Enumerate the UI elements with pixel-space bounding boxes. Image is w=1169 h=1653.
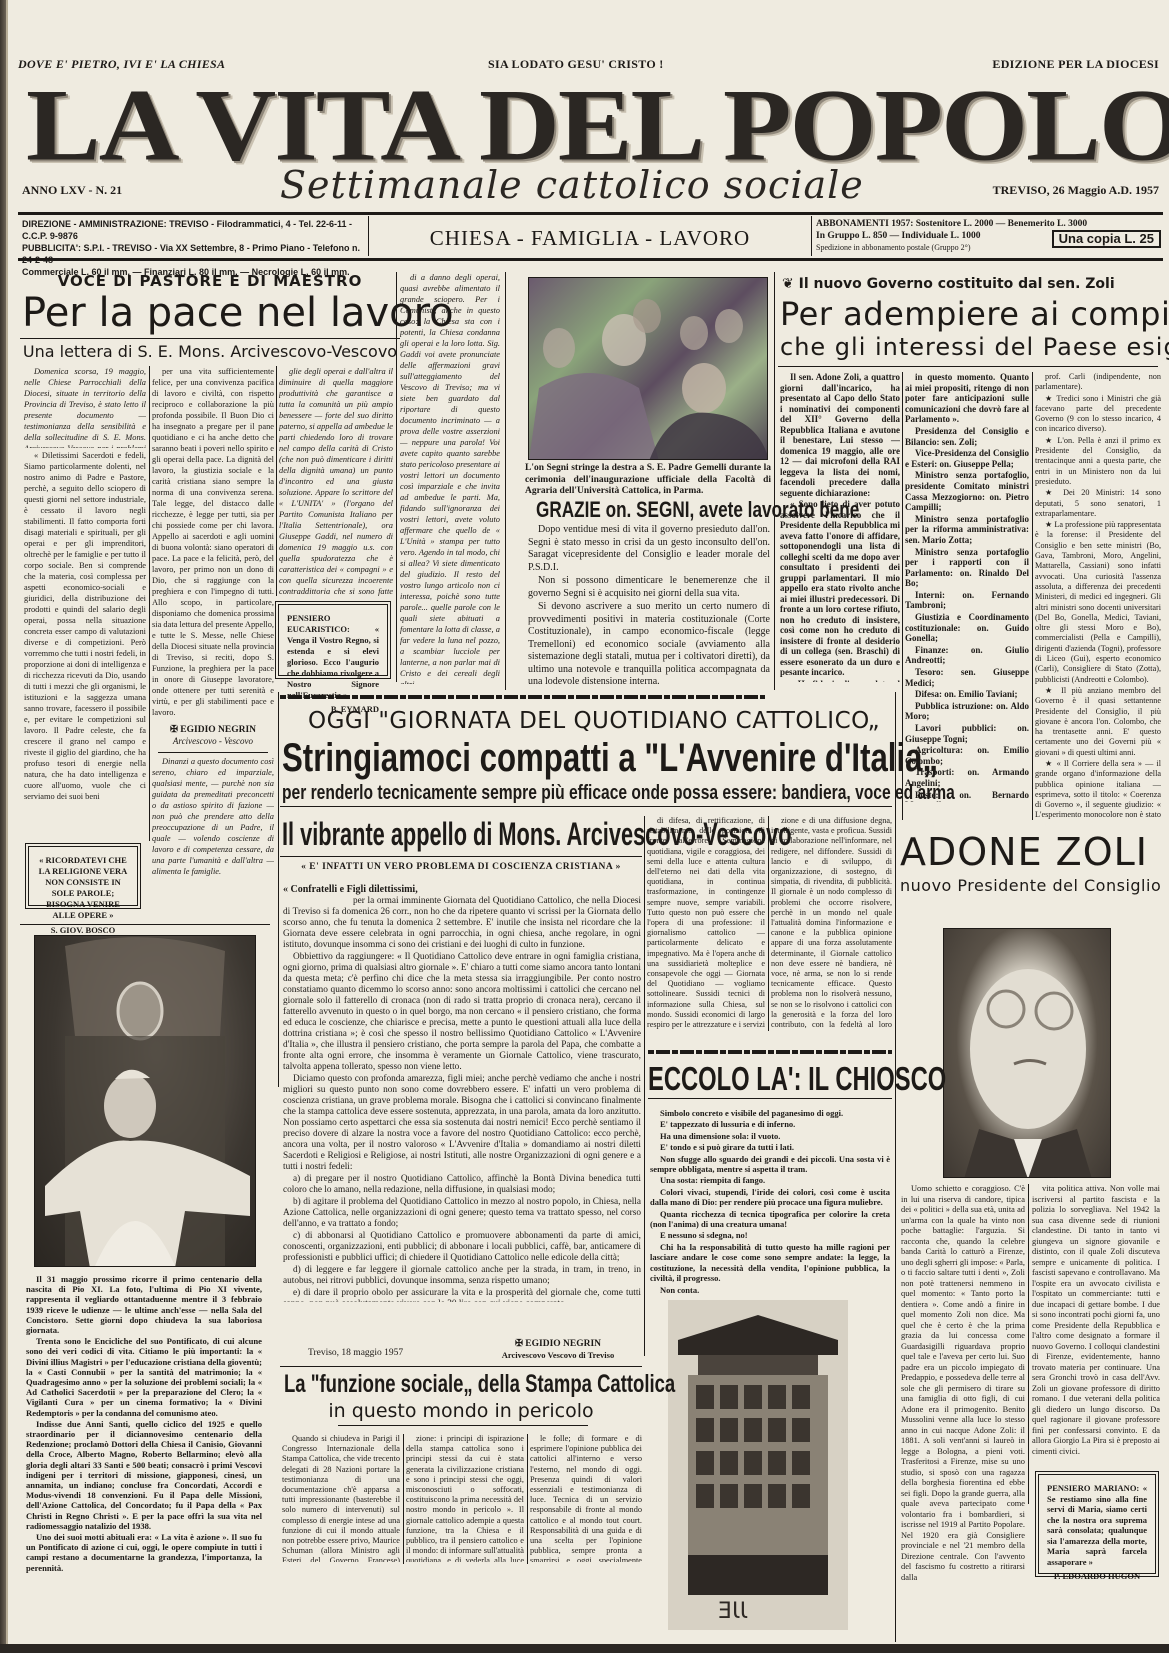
quotidiano-headline: Stringiamoci compatti a "L'Avvenire d'It… [282,736,890,781]
stampa-headline: La "funzione sociale„ della Stampa Catto… [284,1370,675,1399]
column-rule [396,272,397,682]
quote-text: « RICORDATEVI CHE LA RELIGIONE VERA NON … [37,855,129,921]
admin-info: DIREZIONE - AMMINISTRAZIONE: TREVISO - F… [22,218,362,278]
divider [811,216,812,256]
pastore-col4: di a danno degli operai, quasi avrebbe a… [400,272,500,684]
column-rule [505,272,506,690]
kiosk-illustration: ƎƖƖ [658,1300,858,1630]
governo-headline-2: che gli interessi del Paese esigono [780,333,1169,361]
subscription-info: ABBONAMENTI 1957: Sostenitore L. 2000 — … [816,218,1161,254]
masthead-rule-bottom [18,258,1163,261]
appeal-body: per la ormai imminente Giornata del Quot… [283,896,641,1302]
quotidiano-subhead: per renderlo tecnicamente sempre più eff… [282,782,898,805]
zoli-col2: vita politica attiva. Non volle mai iscr… [1032,1184,1160,1474]
portrait-face-icon [944,929,1111,1178]
issue-number: ANNO LXV - N. 21 [22,183,122,198]
chiosco-body: Simbolo concreto e visibile del paganesi… [650,1108,890,1298]
rule [338,1425,588,1426]
rule [778,366,1158,367]
quotidiano-right-col1: di difesa, di rettificazione, di ristabi… [647,816,765,1031]
column-rule [1028,1184,1029,1504]
column-rule [403,1434,404,1564]
dove-icon: ❦ [782,276,799,292]
zoli-col1: Uomo schietto e coraggioso. C'è in lui u… [901,1184,1025,1639]
subscription-line: In Gruppo L. 850 — Individuale L. 1000 [816,230,980,242]
quotidiano-kicker: OGGI "GIORNATA DEL QUOTIDIANO CATTOLICO„ [308,708,880,734]
subscription-line: Spedizione in abbonamento postale (Grupp… [816,242,980,254]
rule [280,856,642,857]
pastore-signature-title: Arcivescovo - Vescovo [152,736,274,746]
column-rule [774,272,775,690]
zoli-portrait-photo [943,928,1111,1178]
governo-kicker: ❦ Il nuovo Governo costituito dal sen. Z… [782,276,1115,292]
pio-xi-caption: Il 31 maggio prossimo ricorre il primo c… [26,1274,262,1639]
subscription-line: ABBONAMENTI 1957: Sostenitore L. 2000 — … [816,218,1161,230]
column-rule [276,366,277,596]
column-rule [527,1434,528,1564]
pastore-subhead: Una lettera di S. E. Mons. Arcivescovo-V… [20,342,400,361]
stampa-subhead: in questo mondo in pericolo [280,1400,642,1422]
appeal-place-date: Treviso, 18 maggio 1957 [308,1348,403,1358]
governo-col1: Il sen. Adone Zoli, a quattro giorni dal… [780,372,900,682]
governo-notes: prof. Carli (indipendente, non parlament… [1035,372,1161,820]
appeal-signature-title: Arcivescovo Vescovo di Treviso [468,1350,648,1360]
rule [158,752,268,753]
column-rule [149,366,150,841]
quote-text: PENSIERO MARIANO: « Se restiamo sino all… [1047,1483,1147,1567]
pio-xi-photo [34,935,256,1267]
divider [368,216,369,256]
rule [280,806,892,807]
admin-line: PUBBLICITA': S.P.I. - TREVISO - Via XX S… [22,242,362,266]
segni-photo-caption: L'on Segni stringe la destra a S. E. Pad… [525,463,771,498]
motto-banner: CHIESA - FAMIGLIA - LAVORO [370,226,810,251]
newspaper-subtitle: Settimanale cattolico sociale [280,163,864,207]
pastore-signature: ✠ EGIDIO NEGRIN [152,724,274,735]
quote-text: PENSIERO EUCARISTICO: « Venga il Vostro … [287,613,379,701]
pastore-col2: per una vita sufficientemente felice, pe… [152,366,274,721]
admin-line: DIREZIONE - AMMINISTRAZIONE: TREVISO - F… [22,218,362,242]
column-rule [1032,372,1033,820]
pastore-headline: Per la pace nel lavoro [22,290,454,336]
dateline: TREVISO, 26 Maggio A.D. 1957 [993,183,1159,198]
column-rule [768,816,769,1031]
quote-box-mariano: PENSIERO MARIANO: « Se restiamo sino all… [1038,1474,1156,1574]
stampa-col2: zione: i principi di ispirazione della s… [406,1434,524,1562]
pope-on-throne-icon [35,936,256,1267]
decorative-rule [280,695,765,699]
newspaper-title: LA VITA DEL POPOLO [26,74,1169,177]
appeal-signature: ✠ EGIDIO NEGRIN [478,1338,638,1349]
pastore-col1: « Diletissimi Sacerdoti e fedeli, Siamo … [24,450,146,840]
svg-text:ƎƖƖ: ƎƖƖ [718,1599,748,1624]
pastore-comment: Dinanzi a questo documento così sereno, … [152,756,274,886]
copy-price-box: Una copia L. 25 [1052,230,1161,248]
segni-gemelli-photo [528,277,768,460]
rule [20,924,270,925]
newsstand-kiosk-icon: ƎƖƖ [658,1300,858,1630]
rule [20,338,400,339]
zoli-headline: ADONE ZOLI [900,830,1148,874]
appeal-salutation: « Confratelli e Figli dilettissimi, [283,884,418,895]
stampa-col3: le folle; di formare e di esprimere l'op… [530,1434,642,1562]
masthead-rule-top [18,212,1163,215]
zoli-subhead: nuovo Presidente del Consiglio [900,876,1161,895]
pastore-kicker: VOCE DI PASTORE E DI MAESTRO [20,272,400,290]
rule [280,1366,642,1367]
segni-body: Dopo ventidue mesi di vita il governo pr… [528,524,770,689]
column-rule [278,692,279,1087]
page-bottom-edge [0,1644,1169,1653]
newspaper-page: DOVE E' PIETRO, IVI E' LA CHIESA SIA LOD… [6,0,1169,1644]
stampa-col1: Quando si chiudeva in Parigi il Congress… [282,1434,400,1562]
photo-figures-icon [529,278,768,460]
quote-author: P. EDOARDO HUGON [1047,1571,1147,1582]
decorative-rule [648,1050,892,1054]
appeal-headline: Il vibrante appello di Mons. Arcivescovo… [282,816,608,853]
column-rule [895,692,896,1642]
quote-box-bosco: « RICORDATEVI CHE LA RELIGIONE VERA NON … [28,846,138,906]
pastore-col3: glie degli operai e dall'altra il diminu… [279,366,393,596]
column-rule [644,816,645,1356]
pastore-intro: Domenica scorsa, 19 maggio, nelle Chiese… [24,366,146,448]
appeal-kicker: « E' INFATTI UN VERO PROBLEMA DI COSCIEN… [280,862,642,872]
quotidiano-right-col2: zione e di una diffusione degna, intelli… [771,816,892,1031]
quote-box-eucaristico: PENSIERO EUCARISTICO: « Venga il Vostro … [278,604,388,676]
chiosco-headline: ECCOLO LA': IL CHIOSCO [648,1060,946,1098]
rule [648,1098,892,1099]
governo-headline: Per adempiere ai compiti [780,295,1169,333]
